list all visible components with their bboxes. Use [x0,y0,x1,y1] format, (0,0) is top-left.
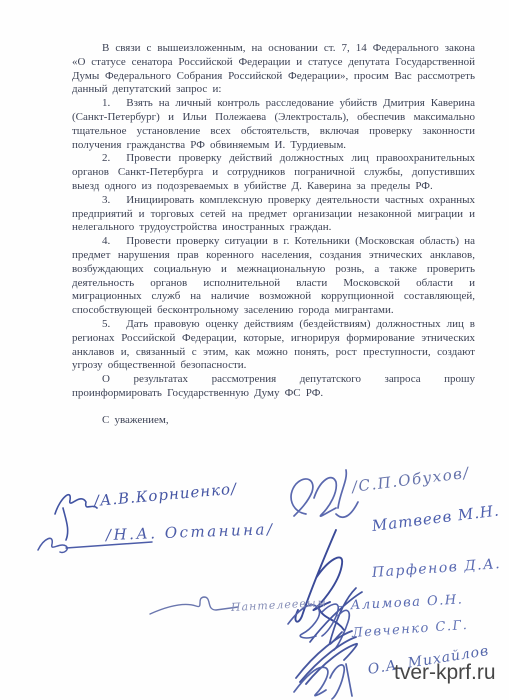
request-item-1: 1.Взять на личный контроль расследование… [72,97,475,152]
signature-name-levchenko: Левченко С.Г. [351,618,468,641]
item-text: Взять на личный контроль расследование у… [72,97,475,150]
signature-flourish-dense [296,631,357,684]
item-number: 4. [102,235,126,247]
signature-name-parfenov: Парфенов Д.А. [371,556,501,581]
signature-name-kornienko: /А.В.Корниенко/ [93,480,238,510]
request-item-4: 4.Провести проверку ситуации в г. Котель… [72,235,475,318]
site-watermark: tver-kprf.ru [394,661,496,685]
item-number: 3. [102,194,126,206]
request-item-2: 2.Провести проверку действий должностных… [72,152,475,193]
signature-name-ostanina: /Н.А. Останина/ [106,520,275,544]
signature-flourish-obukhov [291,470,358,517]
item-number: 2. [102,152,126,164]
item-text: Инициировать комплексную проверку деятел… [72,194,475,234]
request-item-3: 3.Инициировать комплексную проверку деят… [72,194,475,235]
closing-paragraph: О результатах рассмотрения депутатского … [72,373,475,401]
item-text: Провести проверку действий должностных л… [72,152,475,192]
signature-flourish-mikhailov [294,664,352,699]
signature-flourish-strike [150,597,238,614]
signature-name-alimova: – Алимова О.Н. [337,592,464,614]
letter-body: В связи с вышеизложенным, на основании с… [72,42,475,428]
item-number: 1. [102,97,126,109]
signature-flourish-kornienko [55,495,97,540]
item-text: Дать правовую оценку действиям (бездейст… [72,318,475,371]
item-text: Провести проверку ситуации в г. Котельни… [72,235,475,316]
signature-name-matveev: Матвеев М.Н. [371,501,501,535]
intro-paragraph: В связи с вышеизложенным, на основании с… [72,42,475,97]
signature-name-obukhov: /С.П.Обухов/ [351,464,471,496]
scanned-letter-page: В связи с вышеизложенным, на основании с… [0,0,509,700]
request-item-5: 5.Дать правовую оценку действиям (бездей… [72,318,475,373]
signature-note-panteleev: Пантелеевым [231,596,327,614]
salutation: С уважением, [72,414,475,428]
item-number: 5. [102,318,126,330]
signature-flourish-central [295,530,344,630]
